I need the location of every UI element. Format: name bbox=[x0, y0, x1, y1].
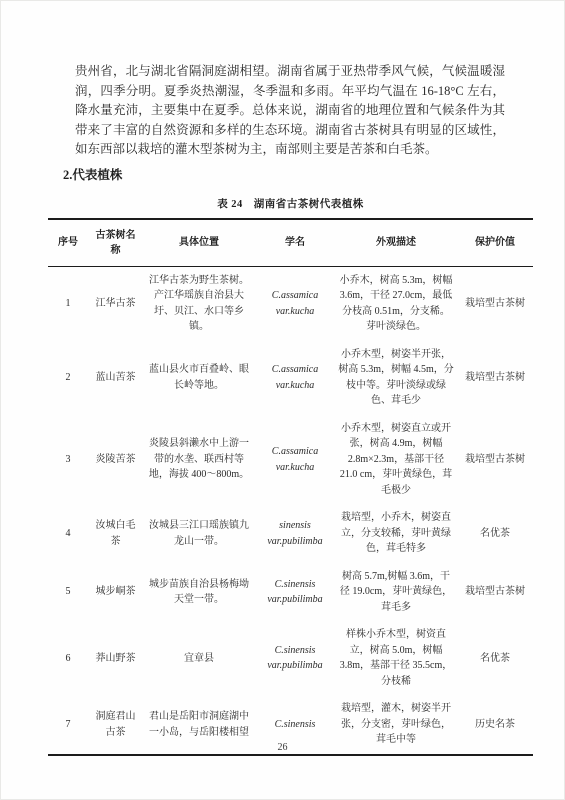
cell-protection-value: 名优茶 bbox=[457, 621, 533, 695]
table-row: 3 炎陵苦茶 炎陵县斜濑水中上游一带的水垄、联西村等地，海拔 400～800m。… bbox=[48, 415, 533, 505]
body-paragraph: 贵州省，北与湖北省隔洞庭湖相望。湖南省属于亚热带季风气候，气候温暖湿润，四季分明… bbox=[75, 62, 505, 160]
table-row: 4 汝城白毛茶 汝城县三江口瑶族镇九龙山一带。 sinensis var.pub… bbox=[48, 504, 533, 563]
cell-scientific-name: C.assamica var.kucha bbox=[255, 341, 335, 415]
table-row: 5 城步峒茶 城步苗族自治县杨梅坳天堂一带。 C.sinensis var.pu… bbox=[48, 563, 533, 622]
cell-appearance: 小乔木型，树姿直立或开张，树高 4.9m，树幅 2.8m×2.3m，基部干径 2… bbox=[335, 415, 457, 505]
cell-serial-number: 6 bbox=[48, 621, 88, 695]
header-scientific-name: 学名 bbox=[255, 219, 335, 267]
header-location: 具体位置 bbox=[143, 219, 255, 267]
cell-protection-value: 栽培型古茶树 bbox=[457, 415, 533, 505]
cell-serial-number: 4 bbox=[48, 504, 88, 563]
table-body: 1 江华古茶 江华古茶为野生茶树。产江华瑶族自治县大圩、贝江、水口等乡镇。 C.… bbox=[48, 266, 533, 755]
table-row: 2 蓝山苦茶 蓝山县火市百叠岭、眼长岭等地。 C.assamica var.ku… bbox=[48, 341, 533, 415]
table-row: 6 莽山野茶 宜章县 C.sinensis var.pubilimba 样株小乔… bbox=[48, 621, 533, 695]
header-appearance: 外观描述 bbox=[335, 219, 457, 267]
cell-scientific-name: C.assamica var.kucha bbox=[255, 266, 335, 341]
cell-tree-name: 汝城白毛茶 bbox=[88, 504, 143, 563]
page-number: 26 bbox=[0, 742, 565, 753]
header-serial-number: 序号 bbox=[48, 219, 88, 267]
cell-tree-name: 蓝山苦茶 bbox=[88, 341, 143, 415]
cell-tree-name: 炎陵苦茶 bbox=[88, 415, 143, 505]
cell-protection-value: 栽培型古茶树 bbox=[457, 563, 533, 622]
section-heading: 2.代表植株 bbox=[63, 165, 505, 183]
document-page: 贵州省，北与湖北省隔洞庭湖相望。湖南省属于亚热带季风气候，气候温暖湿润，四季分明… bbox=[0, 0, 565, 800]
cell-scientific-name: C.assamica var.kucha bbox=[255, 415, 335, 505]
cell-appearance: 小乔木型，树姿半开张，树高 5.3m，树幅 4.5m，分枝中等。芽叶淡绿或绿色、… bbox=[335, 341, 457, 415]
header-tree-name: 古茶树名称 bbox=[88, 219, 143, 267]
cell-serial-number: 1 bbox=[48, 266, 88, 341]
cell-tree-name: 城步峒茶 bbox=[88, 563, 143, 622]
cell-location: 江华古茶为野生茶树。产江华瑶族自治县大圩、贝江、水口等乡镇。 bbox=[143, 266, 255, 341]
cell-protection-value: 栽培型古茶树 bbox=[457, 266, 533, 341]
cell-serial-number: 3 bbox=[48, 415, 88, 505]
cell-serial-number: 2 bbox=[48, 341, 88, 415]
cell-scientific-name: sinensis var.pubilimba bbox=[255, 504, 335, 563]
cell-appearance: 栽培型，小乔木，树姿直立，分支较稀，芽叶黄绿色，茸毛特多 bbox=[335, 504, 457, 563]
table-row: 1 江华古茶 江华古茶为野生茶树。产江华瑶族自治县大圩、贝江、水口等乡镇。 C.… bbox=[48, 266, 533, 341]
cell-location: 炎陵县斜濑水中上游一带的水垄、联西村等地，海拔 400～800m。 bbox=[143, 415, 255, 505]
table-header-row: 序号 古茶树名称 具体位置 学名 外观描述 保护价值 bbox=[48, 219, 533, 267]
header-protection-value: 保护价值 bbox=[457, 219, 533, 267]
cell-location: 城步苗族自治县杨梅坳天堂一带。 bbox=[143, 563, 255, 622]
cell-tree-name: 江华古茶 bbox=[88, 266, 143, 341]
cell-scientific-name: C.sinensis var.pubilimba bbox=[255, 563, 335, 622]
cell-appearance: 小乔木，树高 5.3m，树幅 3.6m，干径 27.0cm，最低分枝高 0.51… bbox=[335, 266, 457, 341]
cell-location: 宜章县 bbox=[143, 621, 255, 695]
cell-protection-value: 栽培型古茶树 bbox=[457, 341, 533, 415]
cell-location: 蓝山县火市百叠岭、眼长岭等地。 bbox=[143, 341, 255, 415]
cell-appearance: 样株小乔木型，树资直立，树高 5.0m，树幅 3.8m，基部干径 35.5cm，… bbox=[335, 621, 457, 695]
representative-plants-table: 序号 古茶树名称 具体位置 学名 外观描述 保护价值 1 江华古茶 江华古茶为野… bbox=[48, 218, 533, 756]
cell-protection-value: 名优茶 bbox=[457, 504, 533, 563]
cell-tree-name: 莽山野茶 bbox=[88, 621, 143, 695]
cell-location: 汝城县三江口瑶族镇九龙山一带。 bbox=[143, 504, 255, 563]
table-caption: 表 24 湖南省古茶树代表植株 bbox=[48, 196, 533, 211]
cell-scientific-name: C.sinensis var.pubilimba bbox=[255, 621, 335, 695]
cell-appearance: 树高 5.7m,树幅 3.6m，干径 19.0cm，芽叶黄绿色，茸毛多 bbox=[335, 563, 457, 622]
cell-serial-number: 5 bbox=[48, 563, 88, 622]
